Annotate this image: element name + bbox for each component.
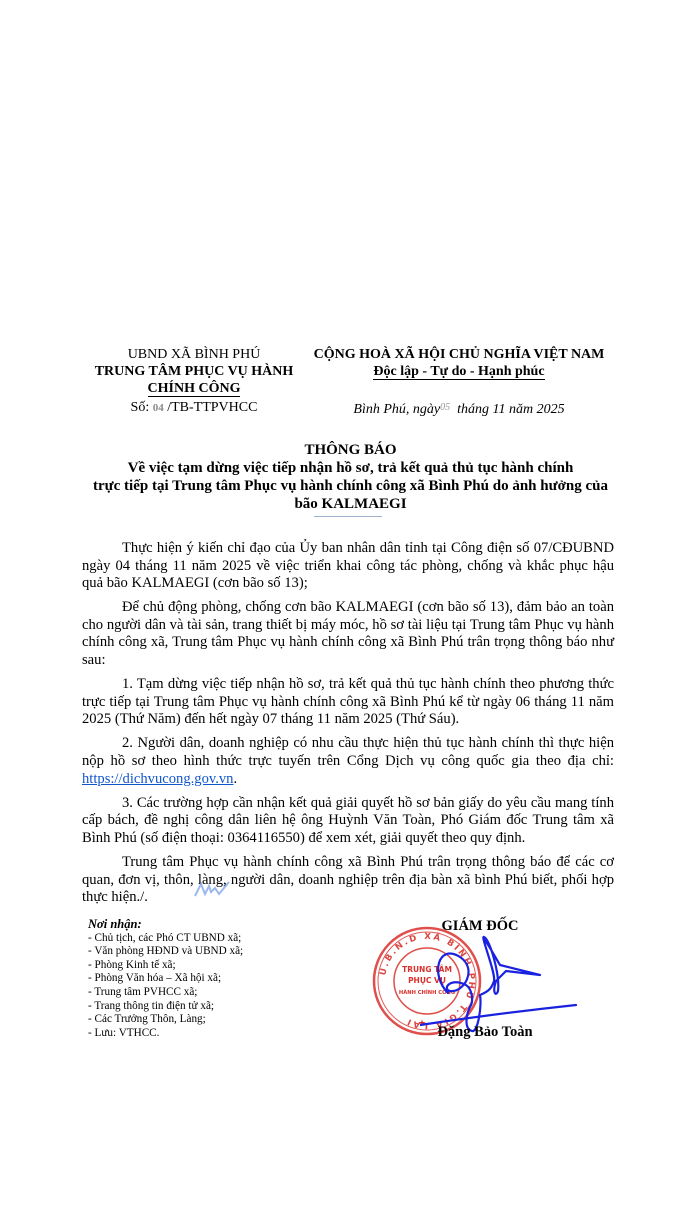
document-page: UBND XÃ BÌNH PHÚ TRUNG TÂM PHỤC VỤ HÀNH …: [0, 0, 700, 1214]
document-number: Số: 04 /TB-TTPVHCC: [98, 399, 290, 417]
document-body: Thực hiện ý kiến chỉ đạo của Ủy ban nhân…: [82, 540, 614, 913]
recipient-item: - Văn phòng HĐND và UBND xã;: [88, 945, 288, 959]
title-divider: [314, 516, 382, 517]
recipient-item: - Chủ tịch, các Phó CT UBND xã;: [88, 932, 288, 946]
handwritten-signature-icon: [420, 935, 580, 1035]
number-value: 04: [153, 402, 164, 414]
issuing-authority-block: UBND XÃ BÌNH PHÚ TRUNG TÂM PHỤC VỤ HÀNH …: [98, 346, 290, 417]
subject-line-1: Về việc tạm dừng việc tiếp nhận hồ sơ, t…: [78, 459, 623, 477]
signer-title: GIÁM ĐỐC: [400, 918, 560, 935]
paragraph-item-3: 3. Các trường hợp cần nhận kết quả giải …: [82, 795, 614, 848]
paragraph-closing: Trung tâm Phục vụ hành chính công xã Bìn…: [82, 854, 614, 907]
authority-name: UBND XÃ BÌNH PHÚ: [98, 346, 290, 363]
recipient-item: - Phòng Văn hóa – Xã hội xã;: [88, 972, 288, 986]
item-2-text: 2. Người dân, doanh nghiệp có nhu cầu th…: [82, 735, 614, 769]
place-date-prefix: Bình Phú, ngày: [353, 402, 440, 417]
paragraph-item-2: 2. Người dân, doanh nghiệp có nhu cầu th…: [82, 735, 614, 788]
recipient-item: - Các Trưởng Thôn, Làng;: [88, 1013, 288, 1027]
subject-line-3: bão KALMAEGI: [78, 495, 623, 513]
national-header-block: CỘNG HOÀ XÃ HỘI CHỦ NGHĨA VIỆT NAM Độc l…: [300, 346, 618, 418]
document-title-block: THÔNG BÁO Về việc tạm dừng việc tiếp nhậ…: [78, 441, 623, 513]
paragraph-2: Để chủ động phòng, chống cơn bão KALMAEG…: [82, 599, 614, 669]
nation-name: CỘNG HOÀ XÃ HỘI CHỦ NGHĨA VIỆT NAM: [300, 346, 618, 363]
day-value: 05: [440, 402, 450, 413]
document-heading: THÔNG BÁO: [78, 441, 623, 459]
subject-line-2: trực tiếp tại Trung tâm Phục vụ hành chí…: [78, 477, 623, 495]
organization-name-line2: CHÍNH CÔNG: [148, 382, 241, 397]
organization-name: TRUNG TÂM PHỤC VỤ HÀNH: [88, 363, 300, 380]
recipient-item: - Lưu: VTHCC.: [88, 1027, 288, 1041]
recipient-item: - Phòng Kinh tế xã;: [88, 959, 288, 973]
number-suffix: /TB-TTPVHCC: [167, 400, 257, 415]
number-prefix: Số:: [131, 400, 150, 415]
signer-name: Đặng Bảo Toàn: [420, 1024, 550, 1041]
paragraph-item-1: 1. Tạm dừng việc tiếp nhận hồ sơ, trả kế…: [82, 676, 614, 729]
place-date: Bình Phú, ngày05 tháng 11 năm 2025: [300, 399, 618, 418]
recipients-title: Nơi nhận:: [88, 918, 288, 932]
recipient-item: - Trang thông tin điện tử xã;: [88, 1000, 288, 1014]
place-date-suffix: tháng 11 năm 2025: [457, 402, 564, 417]
item-2-end: .: [233, 771, 237, 787]
initial-scribble-icon: [193, 880, 233, 900]
recipient-item: - Trung tâm PVHCC xã;: [88, 986, 288, 1000]
paragraph-1: Thực hiện ý kiến chỉ đạo của Ủy ban nhân…: [82, 540, 614, 593]
public-service-portal-link[interactable]: https://dichvucong.gov.vn: [82, 771, 233, 787]
national-motto: Độc lập - Tự do - Hạnh phúc: [373, 364, 544, 380]
recipients-block: Nơi nhận: - Chủ tịch, các Phó CT UBND xã…: [88, 918, 288, 1040]
